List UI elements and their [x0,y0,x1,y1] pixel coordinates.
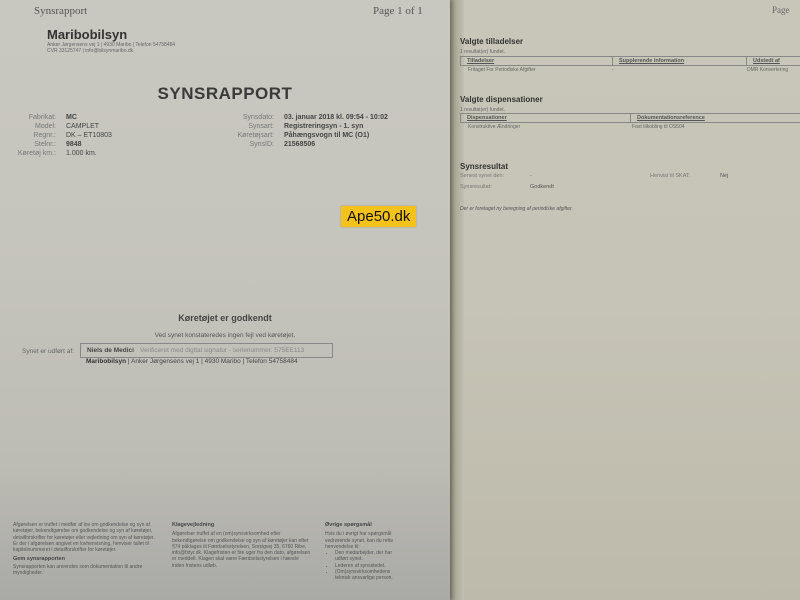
inspector-name: Niels de Medici [87,347,134,354]
skat-value: Nej [720,173,728,179]
result-label: Synsresultat: [460,184,492,190]
vehicle-field-regnr: Regnr.:DK – ET10803 [8,132,112,139]
signature-text: Verificeret med digital signatur - serie… [140,347,304,354]
report-page-1: Synsrapport Page 1 of 1 Maribobilsyn Ank… [0,0,450,600]
company-name: Maribobilsyn [47,27,127,42]
complaint-guidance-column: Klagevejledning Afgørelser truffet af en… [172,522,312,569]
legal-info-column: Afgørelsen er truffet i medfør af lov om… [13,522,158,576]
last-inspected-value: - [530,173,532,179]
other-questions-column: Øvrige spørgsmål Hvis du i øvrigt har sp… [325,522,405,582]
company-contact: CVR 33125747 | info@bilsynmaribo.dk [47,48,133,54]
signature-box: Niels de MediciVerificeret med digital s… [80,343,333,358]
skat-label: Henvist til SKAT: [650,173,690,179]
document-name: Synsrapport [34,5,87,17]
verdict-title: Køretøjet er godkendt [0,313,450,323]
vehicle-field-chassis: Stelnr.:9848 [8,141,82,148]
inspection-field-id: SynsID:21568506 [220,141,315,148]
permits-title: Valgte tilladelser [460,37,523,46]
dispensations-table-header: Dispensationer Dokumentationsreference [460,113,800,123]
dispensations-title: Valgte dispensationer [460,95,543,104]
watermark-badge: Ape50.dk [341,206,416,227]
vehicle-field-km: Køretøj km.:1.000 km. [8,150,97,157]
inspection-field-vehicle-type: Køretøjsart:Påhængsvogn til MC (O1) [220,132,369,139]
permits-table-header: Tilladelser Supplerende information Udst… [460,56,800,66]
inspection-field-type: Synsart:Registreringsyn - 1. syn [220,123,363,130]
footer-address: Maribobilsyn | Anker Jørgensens vej 1 | … [86,358,298,365]
verdict-subtitle: Ved synet konstateredes ingen fejl ved k… [0,332,450,339]
page-indicator-right: Page [772,5,790,15]
inspector-label: Synet er udført af: [22,348,74,355]
last-inspected-label: Senest synet den: [460,173,504,179]
vehicle-field-model: Model:CAMPLET [8,123,99,130]
vehicle-field-make: Fabrikat:MC [8,114,77,121]
permits-count: 1 resultat(er) fundet. [460,49,505,55]
inspection-field-date: Synsdato:03. januar 2018 kl. 09:54 - 10:… [220,114,388,121]
report-page-2: Page Valgte tilladelser 1 resultat(er) f… [450,0,800,600]
result-title: Synsresultat [460,162,508,171]
page-title: SYNSRAPPORT [0,84,450,104]
result-value: Godkendt [530,184,554,190]
page-indicator: Page 1 of 1 [373,5,423,17]
result-note: Der er foretaget ny beregning af periodi… [460,206,573,212]
